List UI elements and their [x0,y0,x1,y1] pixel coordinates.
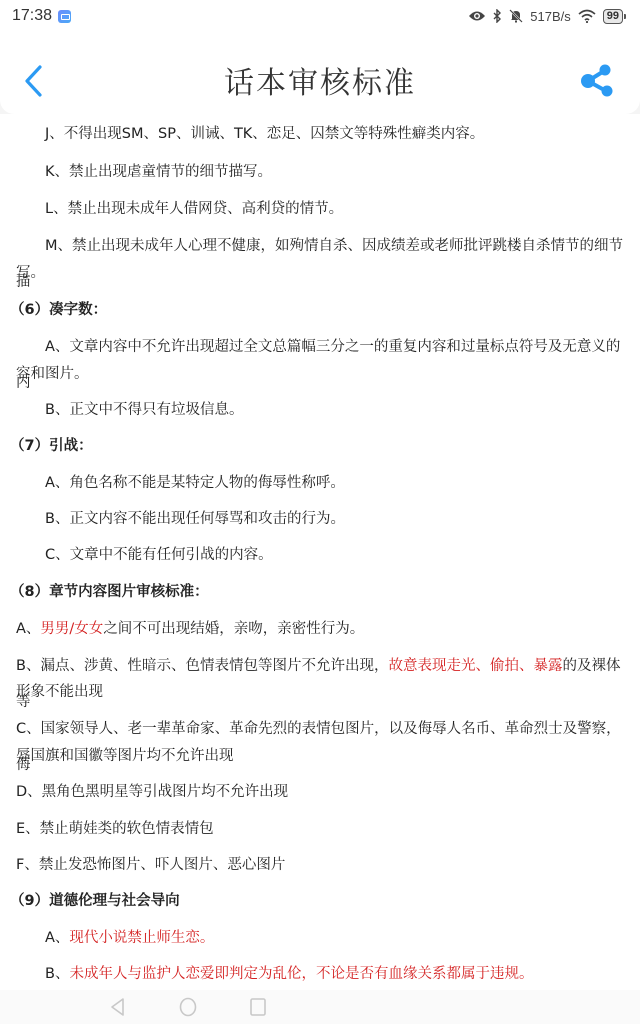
section-heading-6: （6）凑字数： [10,292,620,328]
page-title: 话本审核标准 [224,58,416,102]
rule-item-8a: A、男男/女女之间不可出现结婚，亲吻，亲密性行为。 [16,611,626,647]
rule-item-7c: C、文章中不能有任何引战的内容。 [16,537,626,573]
rule-item-8a-highlight: 男男/女女 [40,621,103,637]
rule-item-8c-cont: 辱国旗和国徽等图片均不允许出现 [16,738,626,774]
section-heading-9: （9）道德伦理与社会导向 [10,883,620,919]
mute-bell-icon [509,9,523,23]
rule-item-k: K、禁止出现虐童情节的细节描写。 [16,154,626,190]
rule-item-9a: A、现代小说禁止师生恋。 [16,920,626,956]
nav-home-icon [177,996,199,1018]
net-speed: 517B/s [530,9,570,24]
rule-item-9b-highlight: 未成年人与监护人恋爱即判定为乱伦，不论是否有血缘关系都属于违规。 [69,966,533,982]
rule-item-l: L、禁止出现未成年人借网贷、高利贷的情节。 [16,191,626,227]
rule-item-8a-prefix: A、 [16,621,40,637]
article-content[interactable]: J、不得出现SM、SP、训诫、TK、恋足、囚禁文等特殊性癖类内容。 K、禁止出现… [0,114,640,990]
system-nav-bar [0,990,640,1024]
rule-item-6b: B、正文中不得只有垃圾信息。 [16,392,626,428]
rule-item-9a-highlight: 现代小说禁止师生恋。 [69,930,214,946]
wifi-icon [578,9,596,23]
rule-item-9b-prefix: B、 [45,966,69,982]
section-heading-7: （7）引战： [10,428,620,464]
rule-item-8a-suffix: 之间不可出现结婚，亲吻，亲密性行为。 [103,621,364,637]
battery-indicator: 99 [603,9,626,24]
rule-item-8f: F、禁止发恐怖图片、吓人图片、恶心图片 [16,847,626,883]
rule-item-8b-prefix: B、漏点、涉黄、性暗示、色情表情包等图片不允许出现， [16,658,388,674]
rule-item-7b: B、正文内容不能出现任何辱骂和攻击的行为。 [16,501,626,537]
nav-recents-button[interactable] [247,996,269,1018]
status-time: 17:38 [12,7,52,25]
nav-back-icon [108,996,130,1018]
battery-level: 99 [603,9,623,24]
rule-item-8b-highlight: 故意表现走光、偷拍、暴露 [388,658,562,674]
nav-recents-icon [247,996,269,1018]
status-bar: 17:38 517B/s 99 [0,0,640,32]
bluetooth-icon [493,9,502,23]
back-chevron-icon [20,64,50,98]
nav-home-button[interactable] [177,996,199,1018]
eye-icon [468,10,486,22]
rule-item-8e: E、禁止萌娃类的软色情表情包 [16,811,626,847]
rule-item-j: J、不得出现SM、SP、训诫、TK、恋足、囚禁文等特殊性癖类内容。 [16,116,626,152]
rule-item-8d: D、黑角色黑明星等引战图片均不允许出现 [16,774,626,810]
section-heading-8: （8）章节内容图片审核标准： [10,574,620,610]
rule-item-8b-cont: 形象不能出现 [16,674,626,710]
share-icon [580,63,614,99]
rule-item-6a-cont: 容和图片。 [16,356,626,392]
rule-item-9b: B、未成年人与监护人恋爱即判定为乱伦，不论是否有血缘关系都属于违规。 [16,956,626,990]
rule-item-7a: A、角色名称不能是某特定人物的侮辱性称呼。 [16,465,626,501]
nav-bar: 话本审核标准 [0,50,640,110]
rule-item-m-cont: 写。 [16,255,626,291]
back-button[interactable] [20,64,50,98]
share-button[interactable] [580,63,614,99]
nav-back-button[interactable] [108,996,130,1018]
rule-item-9a-prefix: A、 [45,930,69,946]
status-right: 517B/s 99 [468,9,626,24]
status-left: 17:38 [12,7,71,25]
education-app-icon [58,10,71,23]
header-card: 17:38 517B/s 99 话本审核标 [0,0,640,114]
battery-tip [624,14,626,19]
